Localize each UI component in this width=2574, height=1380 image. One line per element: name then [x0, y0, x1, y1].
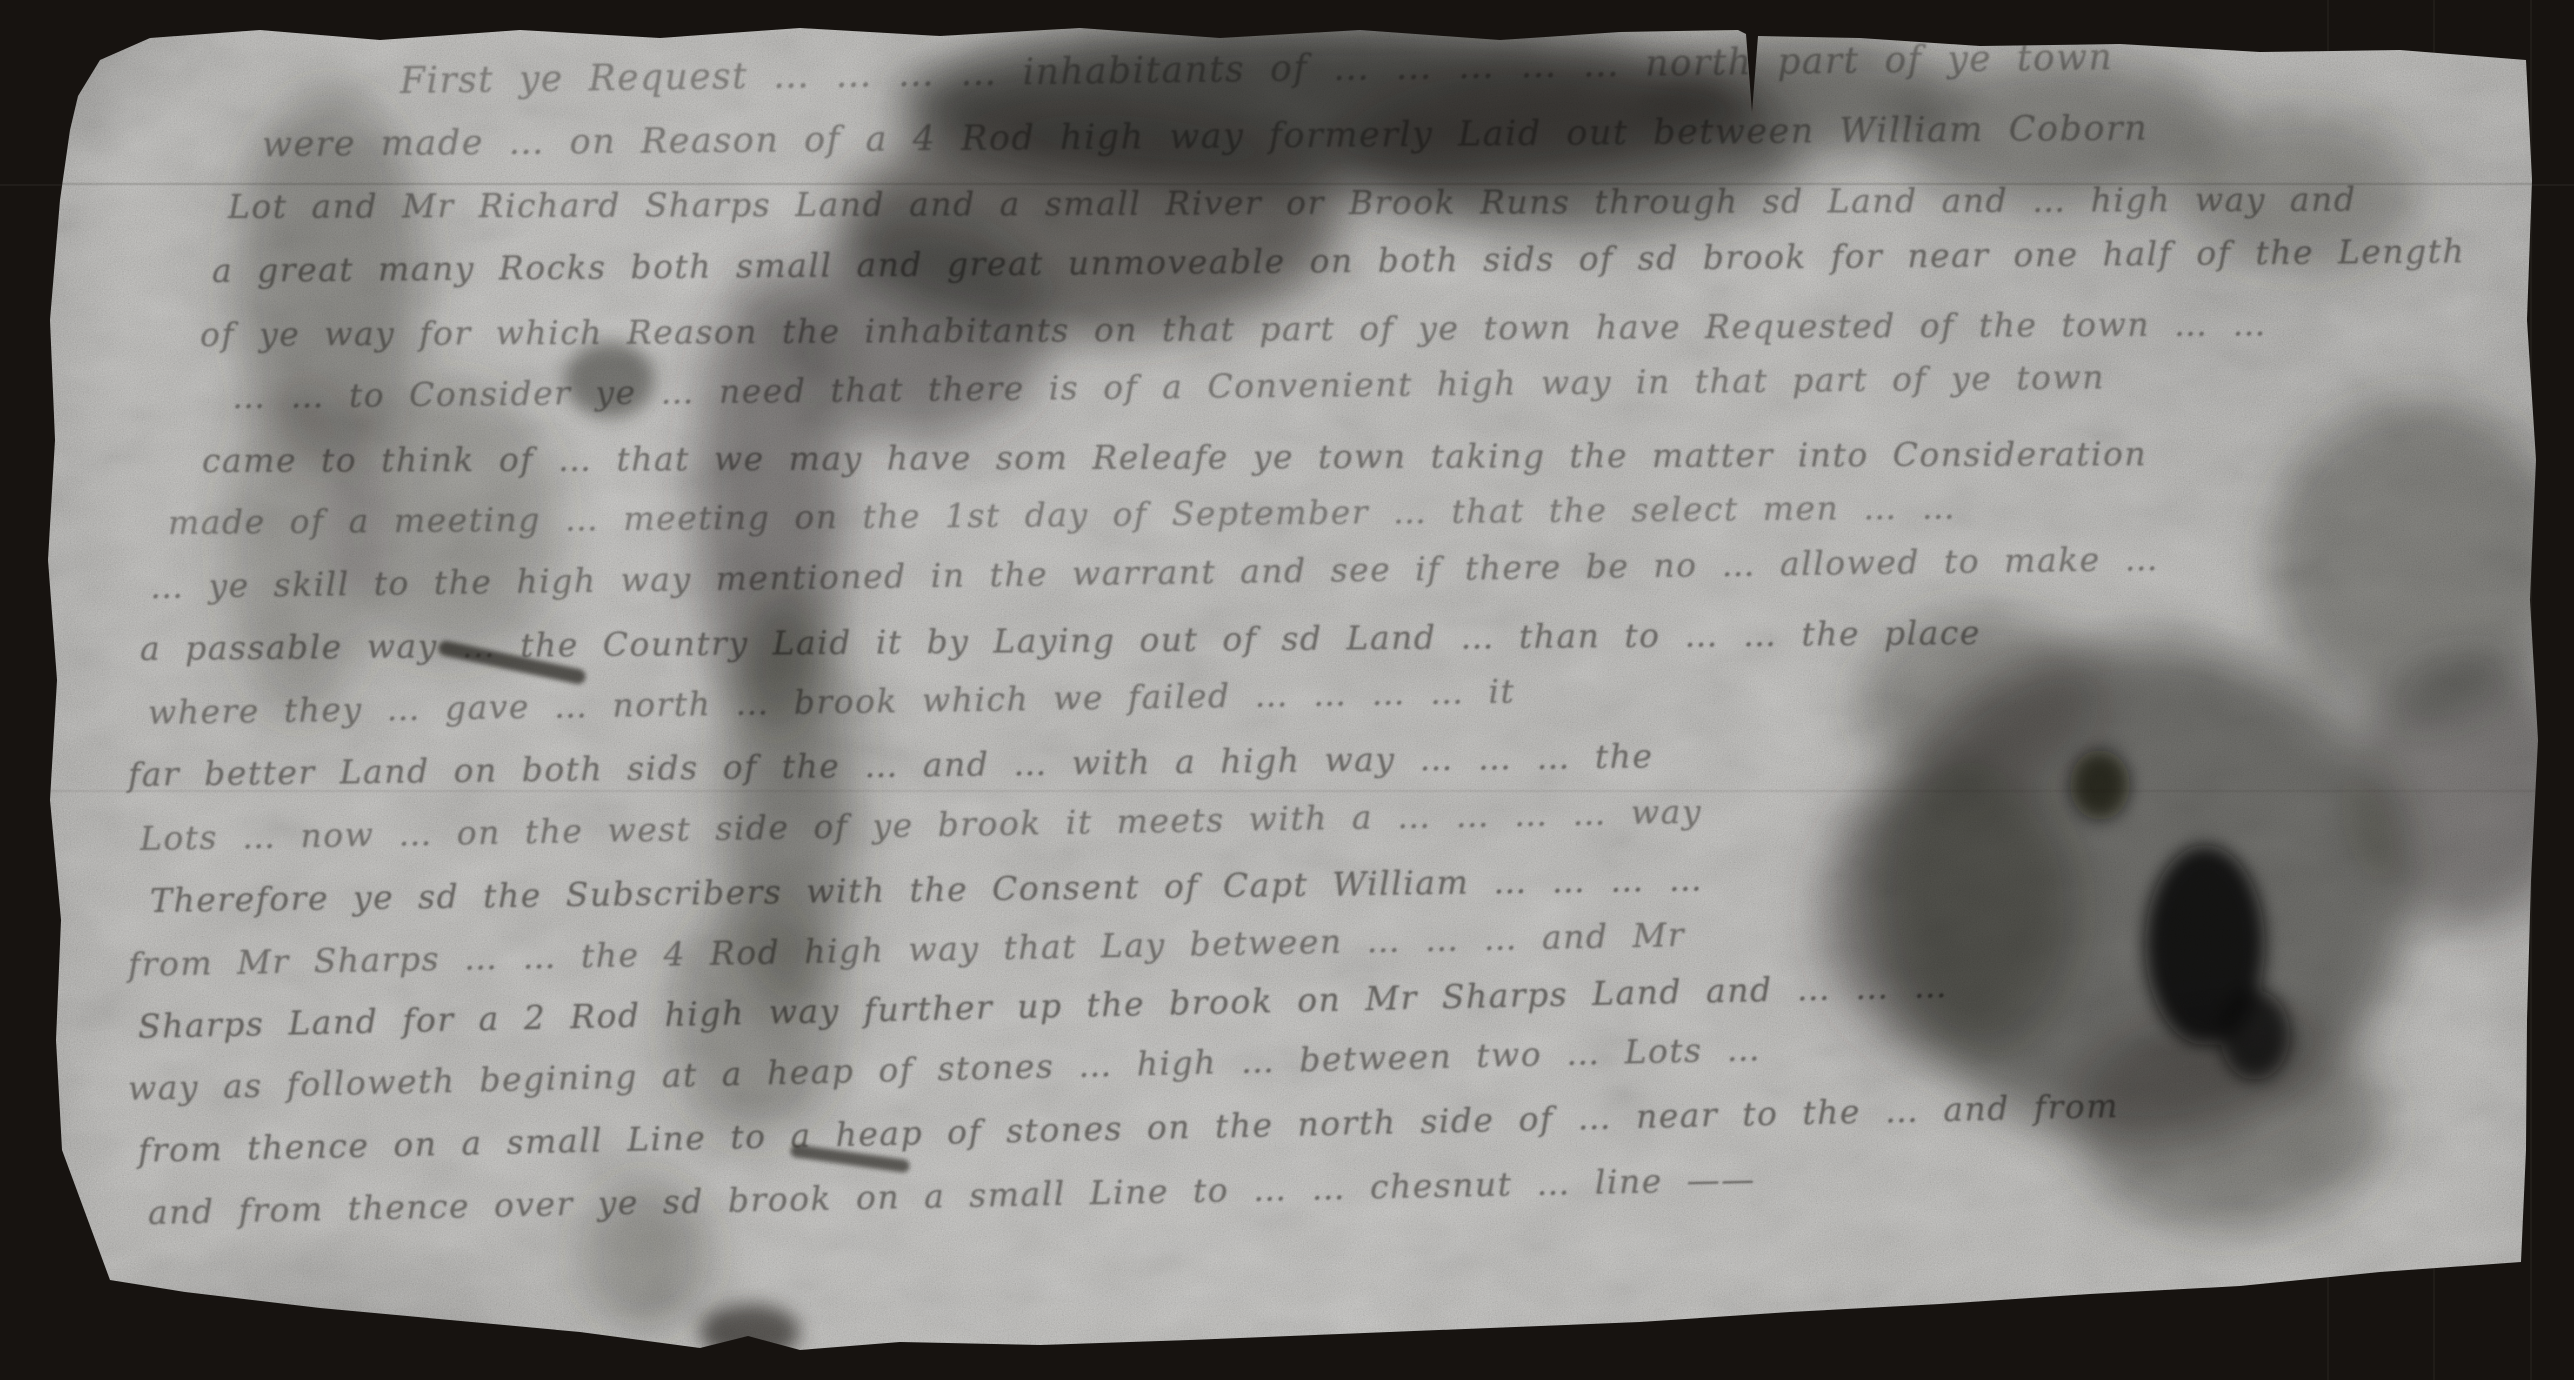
- paper-crease: [0, 790, 2574, 792]
- manuscript-paper: First ye Request … … … … inhabitants of …: [0, 0, 2574, 1380]
- stain-layer: [0, 0, 2574, 1380]
- photograph-background: First ye Request … … … … inhabitants of …: [0, 0, 2574, 1380]
- paper-crease: [0, 183, 2574, 185]
